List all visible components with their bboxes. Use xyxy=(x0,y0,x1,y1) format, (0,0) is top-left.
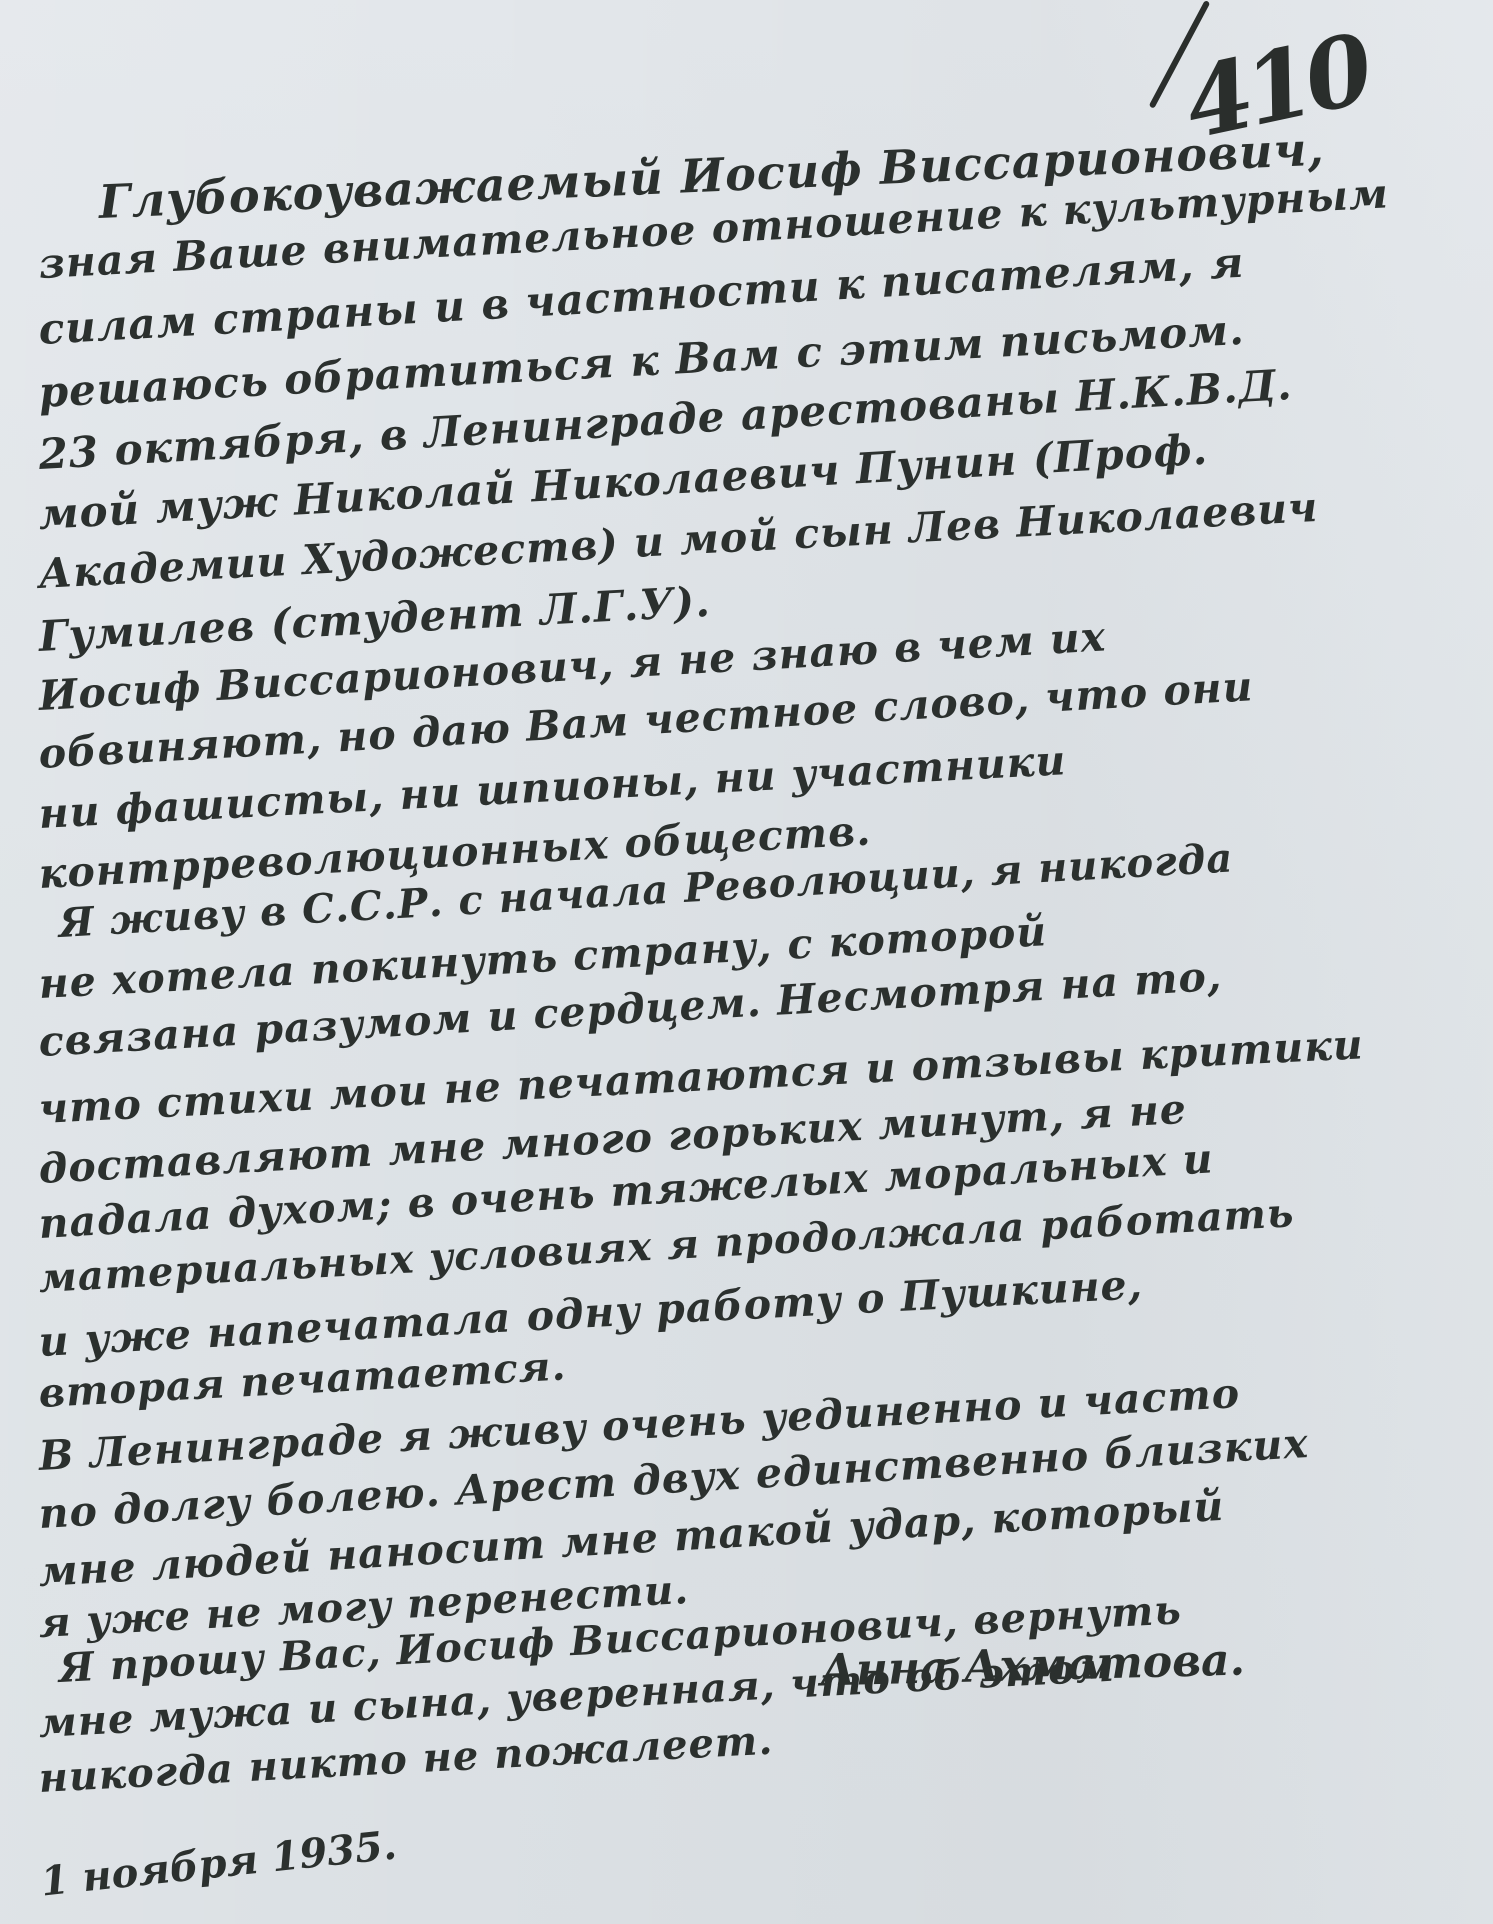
signature: Анна Ахматова. xyxy=(819,1634,1245,1696)
letter-page: 410 Глубокоуважаемый Иосиф Виссарионович… xyxy=(0,0,1493,1924)
letter-date: 1 ноября 1935. xyxy=(39,1821,399,1905)
